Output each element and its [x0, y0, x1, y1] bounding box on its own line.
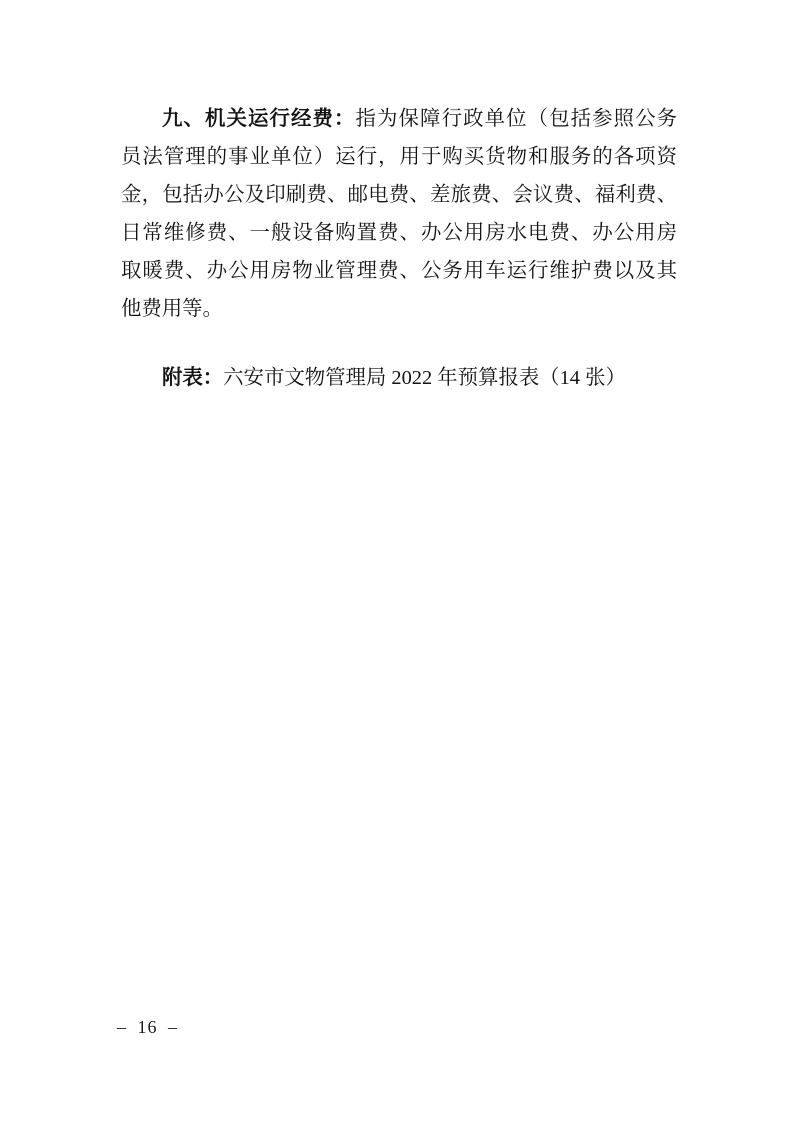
document-body: 九、机关运行经费：指为保障行政单位（包括参照公务 员法管理的事业单位）运行，用于… — [121, 100, 677, 397]
paragraph-line-2: 员法管理的事业单位）运行，用于购买货物和服务的各项资 — [121, 138, 677, 176]
paragraph-line-4: 日常维修费、一般设备购置费、办公用房水电费、办公用房 — [121, 214, 677, 252]
paragraph-line-1-text: 指为保障行政单位（包括参照公务 — [356, 108, 677, 130]
appendix-label: 附表： — [162, 367, 223, 389]
paragraph-line-3: 金，包括办公及印刷费、邮电费、差旅费、会议费、福利费、 — [121, 176, 677, 214]
paragraph-heading: 九、机关运行经费： — [162, 108, 356, 130]
paragraph-line-6: 他费用等。 — [121, 290, 677, 328]
paragraph-line-1: 九、机关运行经费：指为保障行政单位（包括参照公务 — [121, 100, 677, 138]
appendix-text: 六安市文物管理局 2022 年预算报表（14 张） — [223, 367, 626, 389]
appendix-line: 附表：六安市文物管理局 2022 年预算报表（14 张） — [121, 359, 677, 397]
paragraph-line-5: 取暖费、办公用房物业管理费、公务用车运行维护费以及其 — [121, 252, 677, 290]
page-number: – 16 – — [117, 1014, 178, 1040]
paragraph-jiguan-yunxing-jingfei: 九、机关运行经费：指为保障行政单位（包括参照公务 员法管理的事业单位）运行，用于… — [121, 100, 677, 328]
document-page: 九、机关运行经费：指为保障行政单位（包括参照公务 员法管理的事业单位）运行，用于… — [0, 0, 793, 1122]
